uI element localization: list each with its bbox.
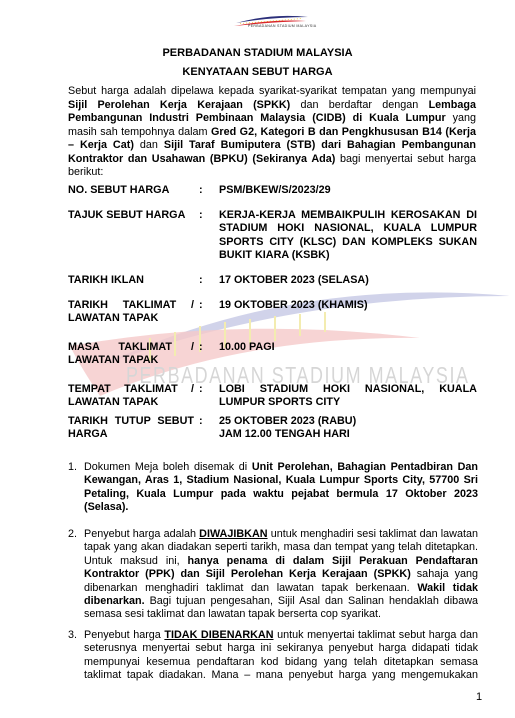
detail-label: TEMPAT TAKLIMAT /LAWATAN TAPAK [68,383,194,410]
detail-value: 17 OKTOBER 2023 (SELASA) [219,274,477,287]
detail-colon: : [199,383,203,396]
intro-text: Sebut harga adalah dipelawa kepada syari… [68,85,476,97]
detail-colon: : [199,274,203,287]
list-text: Penyebut harga adalah DIWAJIBKAN untuk m… [84,528,478,622]
intro-paragraph: Sebut harga adalah dipelawa kepada syari… [68,85,476,180]
list-number: 2. [68,528,77,541]
detail-colon: : [199,299,203,312]
detail-label: TARIKH TAKLIMAT /LAWATAN TAPAK [68,299,194,326]
detail-label: TAJUK SEBUT HARGA [68,209,194,222]
detail-label: TARIKH IKLAN [68,274,194,287]
detail-value: 25 OKTOBER 2023 (RABU)JAM 12.00 TENGAH H… [219,415,477,442]
list-number: 3. [68,629,77,642]
detail-colon: : [199,415,203,428]
intro-text: dan berdaftar dengan [290,99,428,111]
page-number: 1 [476,691,482,703]
detail-value: LOBI STADIUM HOKI NASIONAL, KUALALUMPUR … [219,383,477,410]
list-text: Dokumen Meja boleh disemak di Unit Perol… [84,461,478,515]
detail-value: 10.00 PAGI [219,341,477,354]
detail-label: TARIKH TUTUP SEBUTHARGA [68,415,194,442]
intro-bold: Sijil Perolehan Kerja Kerajaan (SPKK) [68,99,290,111]
list-number: 1. [68,461,77,474]
detail-colon: : [199,341,203,354]
psm-logo [232,9,312,33]
detail-colon: : [199,184,203,197]
detail-label: MASA TAKLIMAT /LAWATAN TAPAK [68,341,194,368]
detail-colon: : [199,209,203,222]
detail-value: 19 OKTOBER 2023 (KHAMIS) [219,299,477,312]
organization-title: PERBADANAN STADIUM MALAYSIA [0,47,515,59]
detail-value: PSM/BKEW/S/2023/29 [219,184,477,197]
logo-caption: PERBADANAN STADIUM MALAYSIA [248,24,316,28]
list-text: Penyebut harga TIDAK DIBENARKAN untuk me… [84,629,478,683]
document-title: KENYATAAN SEBUT HARGA [0,66,515,78]
intro-text: dan [134,139,164,151]
detail-value: KERJA-KERJA MEMBAIKPULIH KEROSAKAN DI ST… [219,209,477,262]
detail-label: NO. SEBUT HARGA [68,184,194,197]
